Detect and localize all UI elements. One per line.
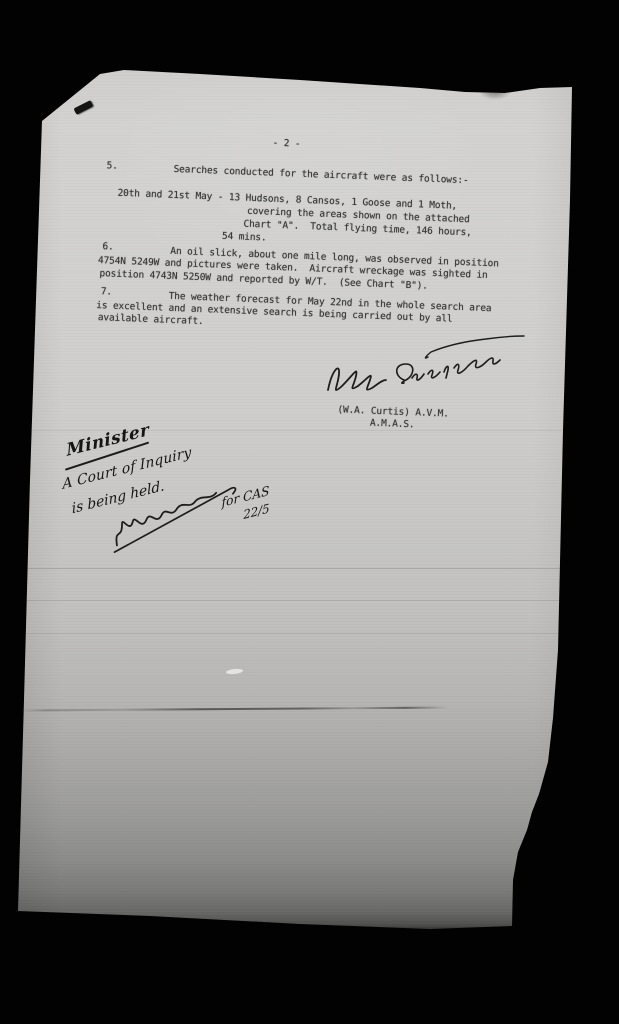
para5-number: 5. <box>106 161 118 171</box>
paper-crease <box>20 707 448 712</box>
staple-mark <box>73 100 93 115</box>
page-number: - 2 - <box>272 139 300 150</box>
edge-smudge <box>478 80 512 100</box>
para5-line1: Searches conducted for the aircraft were… <box>173 165 468 186</box>
curtis-signature-ink <box>318 328 530 408</box>
may-line4: 54 mins. <box>222 232 267 244</box>
para7-number: 7. <box>101 287 113 297</box>
scan-background: - 2 - 5. Searches conducted for the airc… <box>0 0 619 1024</box>
document-page: - 2 - 5. Searches conducted for the airc… <box>0 0 619 1024</box>
scan-band-line <box>26 600 562 601</box>
paper-flaw-spot <box>226 668 243 675</box>
para7-line3: available aircraft. <box>98 313 204 327</box>
signature-typed-title: A.M.A.S. <box>370 419 415 431</box>
scan-band-line <box>26 633 562 634</box>
curtis-signature-strokes <box>318 328 530 408</box>
para6-number: 6. <box>102 242 114 252</box>
